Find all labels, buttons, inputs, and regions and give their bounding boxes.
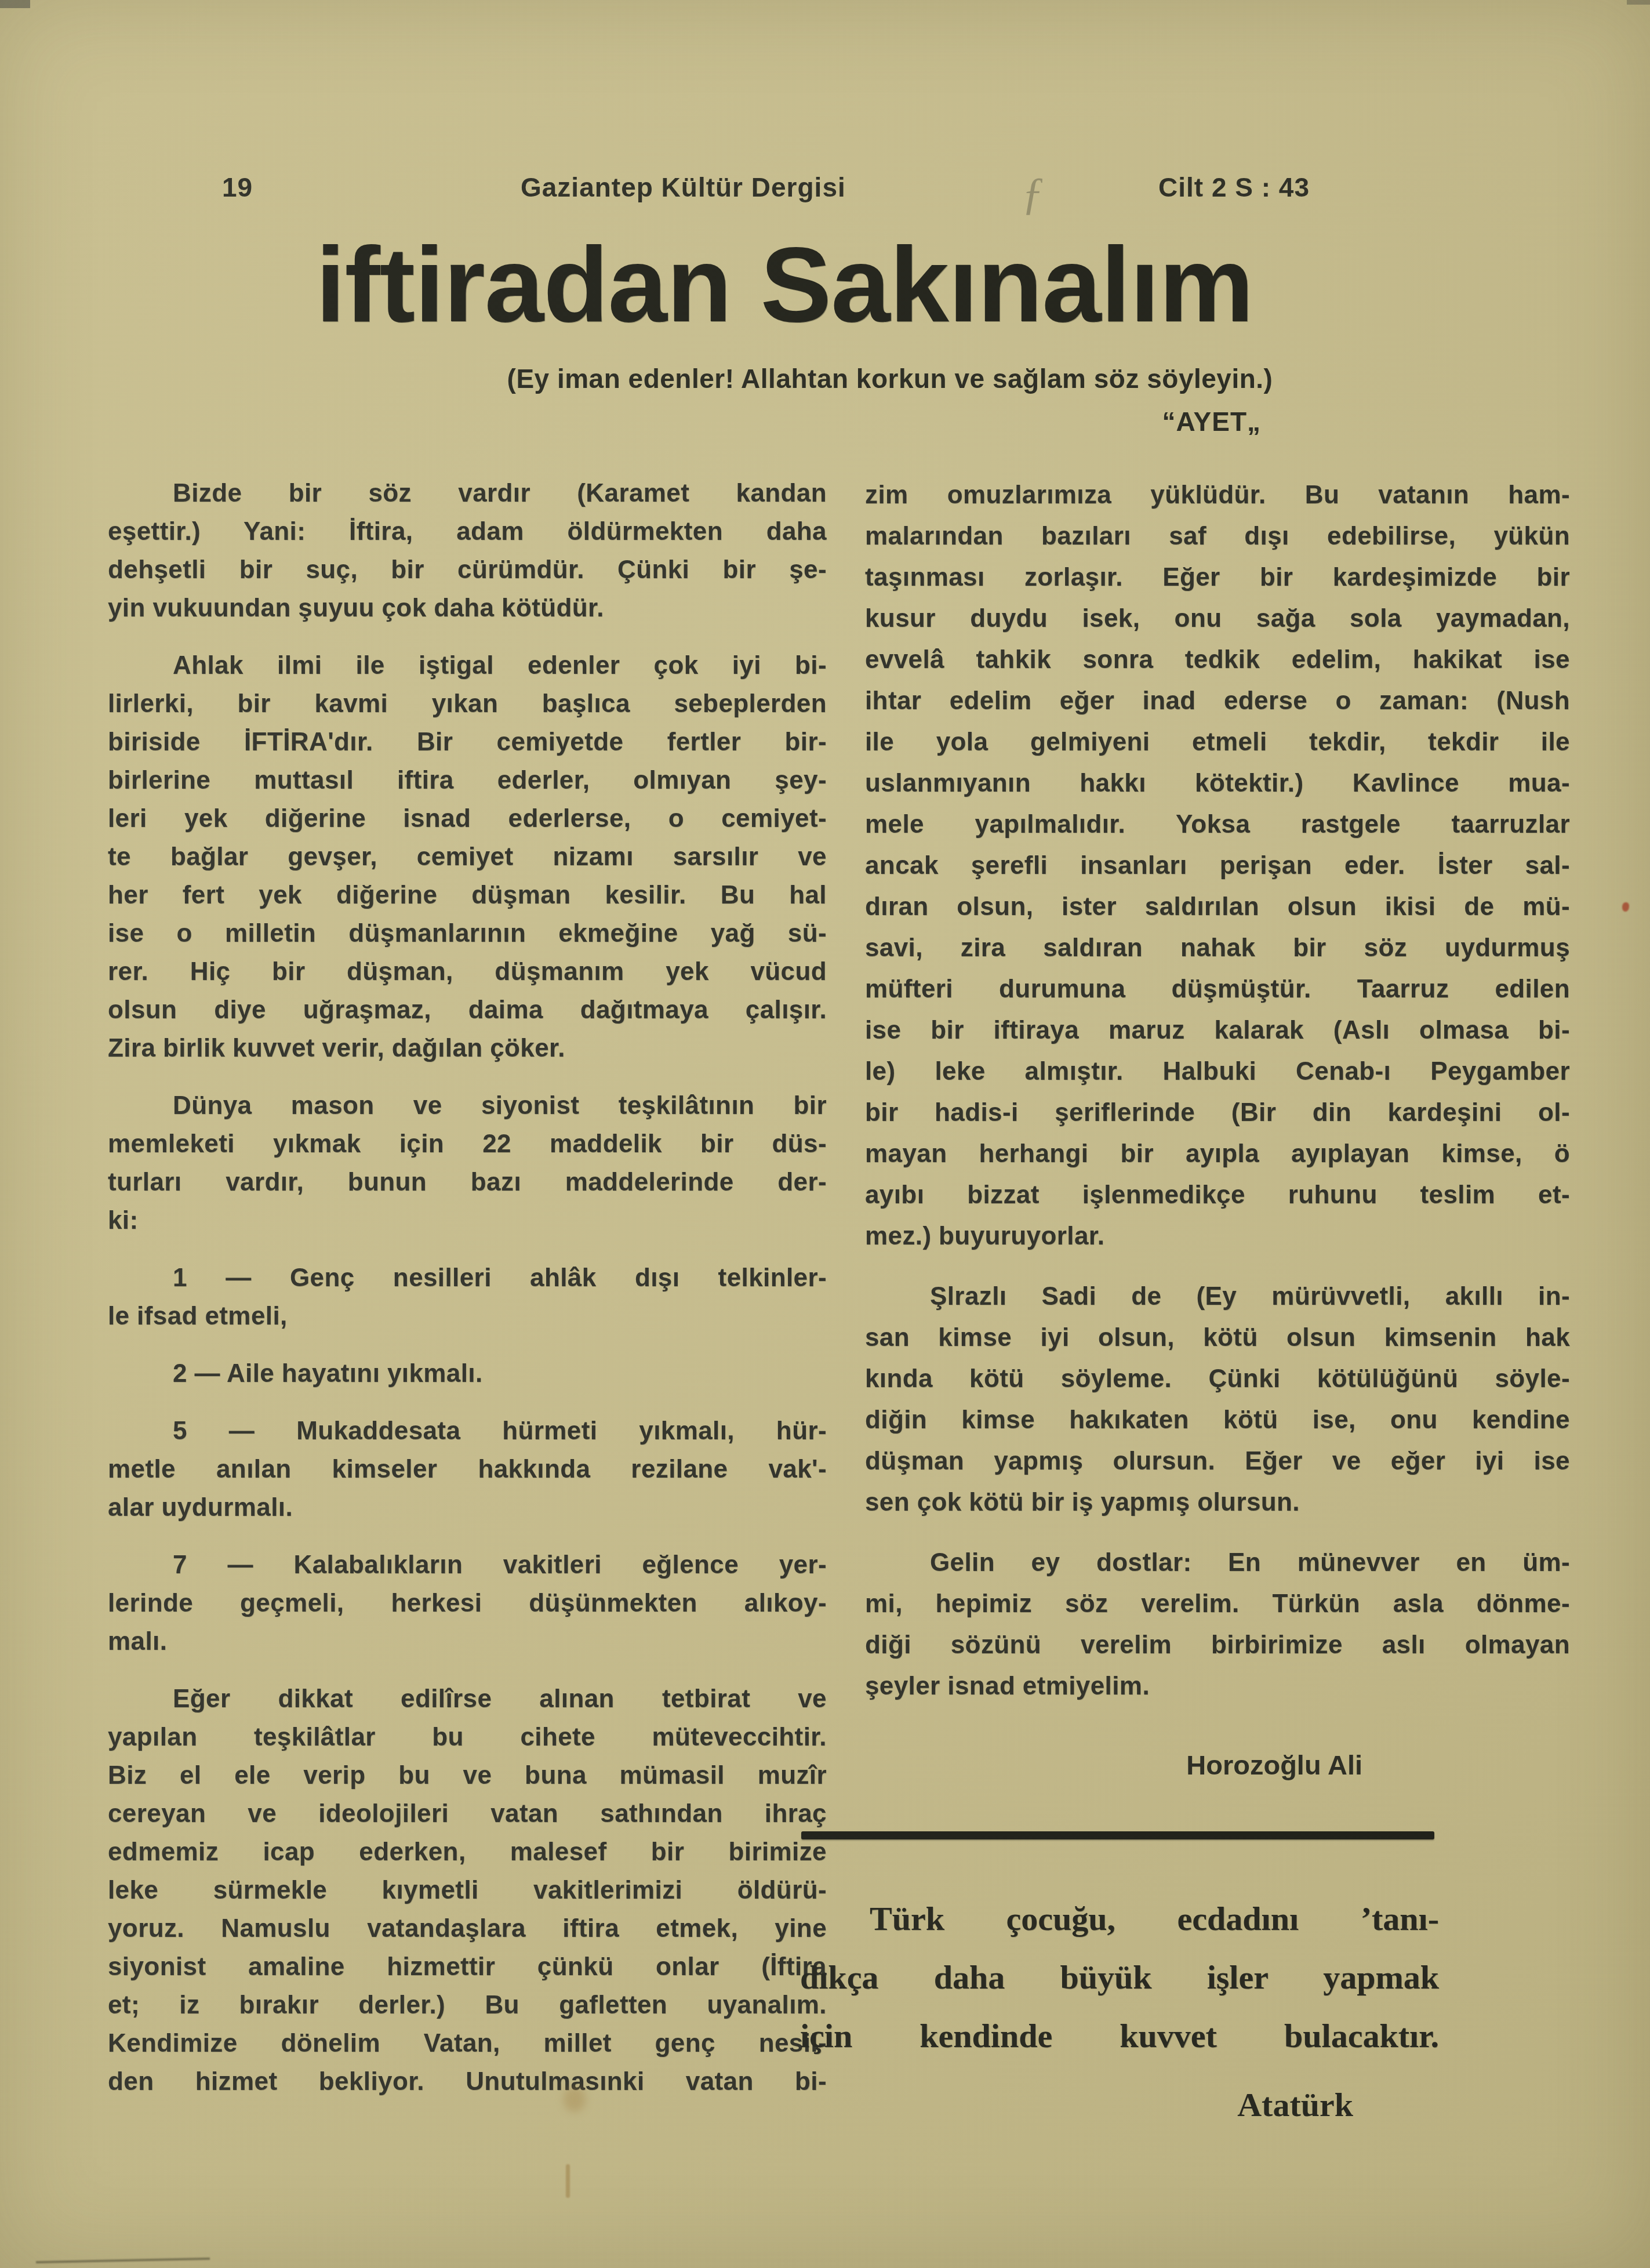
paragraph: zim omuzlarımıza yüklüdür. Bu vatanın ha… bbox=[865, 474, 1570, 1257]
paper-stain bbox=[564, 2086, 586, 2112]
scan-edge-artifact bbox=[1627, 0, 1650, 5]
text-line: Şlrazlı Sadi de (Ey mürüvvetli, akıllı i… bbox=[865, 1276, 1570, 1317]
text-line: Eğer dikkat edilîrse alınan tetbirat ve bbox=[108, 1680, 827, 1718]
text-line: Biz el ele verip bu ve buna mümasil muzî… bbox=[108, 1757, 827, 1795]
text-line: le ifsad etmeli, bbox=[108, 1297, 827, 1336]
text-line: Bizde bir söz vardır (Karamet kandan bbox=[108, 474, 827, 513]
text-line: memleketi yıkmak için 22 maddelik bir dü… bbox=[108, 1125, 827, 1163]
text-line: uslanmıyanın hakkı kötektir.) Kavlince m… bbox=[865, 763, 1570, 804]
text-line: siyonist amaline hizmettir çünkü onlar (… bbox=[108, 1948, 827, 1986]
text-line: mi, hepimiz söz verelim. Türkün asla dön… bbox=[865, 1583, 1570, 1624]
text-line: turları vardır, bunun bazı maddelerinde … bbox=[108, 1163, 827, 1202]
paragraph: Şlrazlı Sadi de (Ey mürüvvetli, akıllı i… bbox=[865, 1276, 1570, 1523]
page-number: 19 bbox=[222, 172, 253, 203]
text-line: diğin kimse hakıkaten kötü ise, onu kend… bbox=[865, 1399, 1570, 1440]
paragraph: Bizde bir söz vardır (Karamet kandaneşet… bbox=[108, 474, 827, 627]
text-line: Kendimize dönelim Vatan, millet genç nes… bbox=[108, 2024, 827, 2063]
paragraph: Gelin ey dostlar: En münevver en üm-mi, … bbox=[865, 1542, 1570, 1707]
text-line: Ahlak ilmi ile iştigal edenler çok iyi b… bbox=[108, 647, 827, 685]
text-line: kında kötü söyleme. Çünki kötülüğünü söy… bbox=[865, 1358, 1570, 1399]
text-line: olsun diye uğraşmaz, daima dağıtmaya çal… bbox=[108, 991, 827, 1029]
text-line: evvelâ tahkik sonra tedkik edelim, hakik… bbox=[865, 639, 1570, 680]
paragraph: Dünya mason ve siyonist teşkilâtının bir… bbox=[108, 1087, 827, 1240]
text-line: cereyan ve ideolojileri vatan sathından … bbox=[108, 1795, 827, 1833]
text-line: mele yapılmalıdır. Yoksa rastgele taarru… bbox=[865, 804, 1570, 845]
text-line: ile yola gelmiyeni etmeli tekdir, tekdir… bbox=[865, 721, 1570, 763]
text-line: dehşetli bir suç, bir cürümdür. Çünki bi… bbox=[108, 551, 827, 589]
text-line: ise bir iftiraya maruz kalarak (Aslı olm… bbox=[865, 1010, 1570, 1051]
paragraph: Ahlak ilmi ile iştigal edenler çok iyi b… bbox=[108, 647, 827, 1068]
paragraph: Eğer dikkat edilîrse alınan tetbirat vey… bbox=[108, 1680, 827, 2101]
text-line: 7 — Kalabalıkların vakitleri eğlence yer… bbox=[108, 1546, 827, 1584]
text-line: yoruz. Namuslu vatandaşlara iftira etmek… bbox=[108, 1910, 827, 1948]
paragraph: 1 — Genç nesilleri ahlâk dışı telkinler-… bbox=[108, 1259, 827, 1336]
text-line: ki: bbox=[108, 1202, 827, 1240]
text-line: lerinde geçmeli, herkesi düşünmekten alı… bbox=[108, 1584, 827, 1623]
scan-edge-artifact bbox=[0, 0, 30, 8]
text-line: mez.) buyuruyorlar. bbox=[865, 1215, 1570, 1257]
text-line: yapılan teşkilâtlar bu cihete müteveccih… bbox=[108, 1718, 827, 1757]
author-signature: Horozoğlu Ali bbox=[865, 1749, 1570, 1781]
quote-author: Atatürk bbox=[800, 2085, 1439, 2124]
text-line: dıran olsun, ister saldırılan olsun ikis… bbox=[865, 886, 1570, 927]
text-line: ise o milletin düşmanlarının ekmeğine ya… bbox=[108, 915, 827, 953]
text-line: lirlerki, bir kavmi yıkan başlıca sebepl… bbox=[108, 685, 827, 723]
epigraph: (Ey iman edenler! Allahtan korkun ve sağ… bbox=[464, 363, 1316, 394]
ataturk-quote: Türk çocuğu, ecdadını ’tanı-dıkça daha b… bbox=[800, 1889, 1439, 2065]
text-line: malı. bbox=[108, 1623, 827, 1661]
right-column: zim omuzlarımıza yüklüdür. Bu vatanın ha… bbox=[865, 474, 1570, 1707]
text-line: için kendinde kuvvet bulacaktır. bbox=[800, 2006, 1439, 2065]
text-line: savi, zira saldıran nahak bir söz uydurm… bbox=[865, 927, 1570, 968]
paragraph: Türk çocuğu, ecdadını ’tanı-dıkça daha b… bbox=[800, 1889, 1439, 2065]
text-line: 1 — Genç nesilleri ahlâk dışı telkinler- bbox=[108, 1259, 827, 1297]
text-line: ihtar edelim eğer inad ederse o zaman: (… bbox=[865, 680, 1570, 721]
text-line: düşman yapmış olursun. Eğer ve eğer iyi … bbox=[865, 1440, 1570, 1482]
text-line: leri yek diğerine isnad ederlerse, o cem… bbox=[108, 800, 827, 838]
text-line: dıkça daha büyük işler yapmak bbox=[800, 1948, 1439, 2006]
text-line: te bağlar gevşer, cemiyet nizamı sarsılı… bbox=[108, 838, 827, 876]
text-line: birlerine muttasıl iftira ederler, olmıy… bbox=[108, 761, 827, 800]
text-line: Türk çocuğu, ecdadını ’tanı- bbox=[800, 1889, 1439, 1948]
text-line: alar uydurmalı. bbox=[108, 1489, 827, 1527]
page-header: 19 Gaziantep Kültür Dergisi ƒ Cilt 2 S :… bbox=[0, 172, 1650, 206]
paragraph: 5 — Mukaddesata hürmeti yıkmalı, hür-met… bbox=[108, 1412, 827, 1527]
section-divider-rule bbox=[801, 1831, 1434, 1839]
paragraph: 2 — Aile hayatını yıkmalı. bbox=[108, 1355, 827, 1393]
text-line: yin vukuundan şuyuu çok daha kötüdür. bbox=[108, 589, 827, 627]
text-line: 2 — Aile hayatını yıkmalı. bbox=[108, 1355, 827, 1393]
text-line: edmemiz icap ederken, malesef bir birimi… bbox=[108, 1833, 827, 1871]
text-line: biriside İFTİRA'dır. Bir cemiyetde fertl… bbox=[108, 723, 827, 761]
text-line: et; iz bırakır derler.) Bu gafletten uya… bbox=[108, 1986, 827, 2024]
red-ink-speck bbox=[1622, 902, 1629, 912]
text-line: Dünya mason ve siyonist teşkilâtının bir bbox=[108, 1087, 827, 1125]
text-line: 5 — Mukaddesata hürmeti yıkmalı, hür- bbox=[108, 1412, 827, 1450]
text-line: metle anılan kimseler hakkında rezilane … bbox=[108, 1450, 827, 1489]
text-line: Gelin ey dostlar: En münevver en üm- bbox=[865, 1542, 1570, 1583]
text-line: san kimse iyi olsun, kötü olsun kimsenin… bbox=[865, 1317, 1570, 1358]
paragraph: 7 — Kalabalıkların vakitleri eğlence yer… bbox=[108, 1546, 827, 1661]
text-line: ayıbı bizzat işlenmedikçe ruhunu teslim … bbox=[865, 1174, 1570, 1215]
issue-label: Cilt 2 S : 43 bbox=[1158, 172, 1310, 203]
text-line: taşınması zorlaşır. Eğer bir kardeşimizd… bbox=[865, 557, 1570, 598]
text-line: le) leke almıştır. Halbuki Cenab-ı Peyga… bbox=[865, 1051, 1570, 1092]
text-line: sen çok kötü bir iş yapmış olursun. bbox=[865, 1482, 1570, 1523]
text-line: leke sürmekle kıymetli vakitlerimizi öld… bbox=[108, 1871, 827, 1910]
text-line: ancak şerefli insanları perişan eder. İs… bbox=[865, 845, 1570, 886]
text-line: zim omuzlarımıza yüklüdür. Bu vatanın ha… bbox=[865, 474, 1570, 516]
stray-pencil-mark: ƒ bbox=[1022, 167, 1045, 219]
faint-pencil-line bbox=[36, 2258, 210, 2263]
text-line: eşettir.) Yani: İftira, adam öldürmekten… bbox=[108, 513, 827, 551]
text-line: müfteri durumuna düşmüştür. Taarruz edil… bbox=[865, 968, 1570, 1010]
text-line: her fert yek diğerine düşman kesilir. Bu… bbox=[108, 876, 827, 915]
text-line: kusur duydu isek, onu sağa sola yaymadan… bbox=[865, 598, 1570, 639]
text-line: malarından bazıları saf dışı edebilirse,… bbox=[865, 516, 1570, 557]
magazine-page: 19 Gaziantep Kültür Dergisi ƒ Cilt 2 S :… bbox=[0, 0, 1650, 2268]
article-title: iftiradan Sakınalım bbox=[0, 231, 1650, 338]
text-line: bir hadis-i şeriflerinde (Bir din kardeş… bbox=[865, 1092, 1570, 1133]
left-column: Bizde bir söz vardır (Karamet kandaneşet… bbox=[108, 474, 827, 2101]
text-line: Zira birlik kuvvet verir, dağılan çöker. bbox=[108, 1029, 827, 1068]
text-line: şeyler isnad etmiyelim. bbox=[865, 1665, 1570, 1707]
epigraph-source: “AYET„ bbox=[1044, 406, 1261, 437]
journal-title: Gaziantep Kültür Dergisi bbox=[521, 172, 846, 203]
text-line: diği sözünü verelim birbirimize aslı olm… bbox=[865, 1624, 1570, 1665]
paper-fiber-mark bbox=[566, 2164, 570, 2198]
text-line: den hizmet bekliyor. Unutulmasınki vatan… bbox=[108, 2063, 827, 2101]
text-line: mayan herhangi bir ayıpla ayıplayan kims… bbox=[865, 1133, 1570, 1174]
text-line: rer. Hiç bir düşman, düşmanım yek vücud bbox=[108, 953, 827, 991]
